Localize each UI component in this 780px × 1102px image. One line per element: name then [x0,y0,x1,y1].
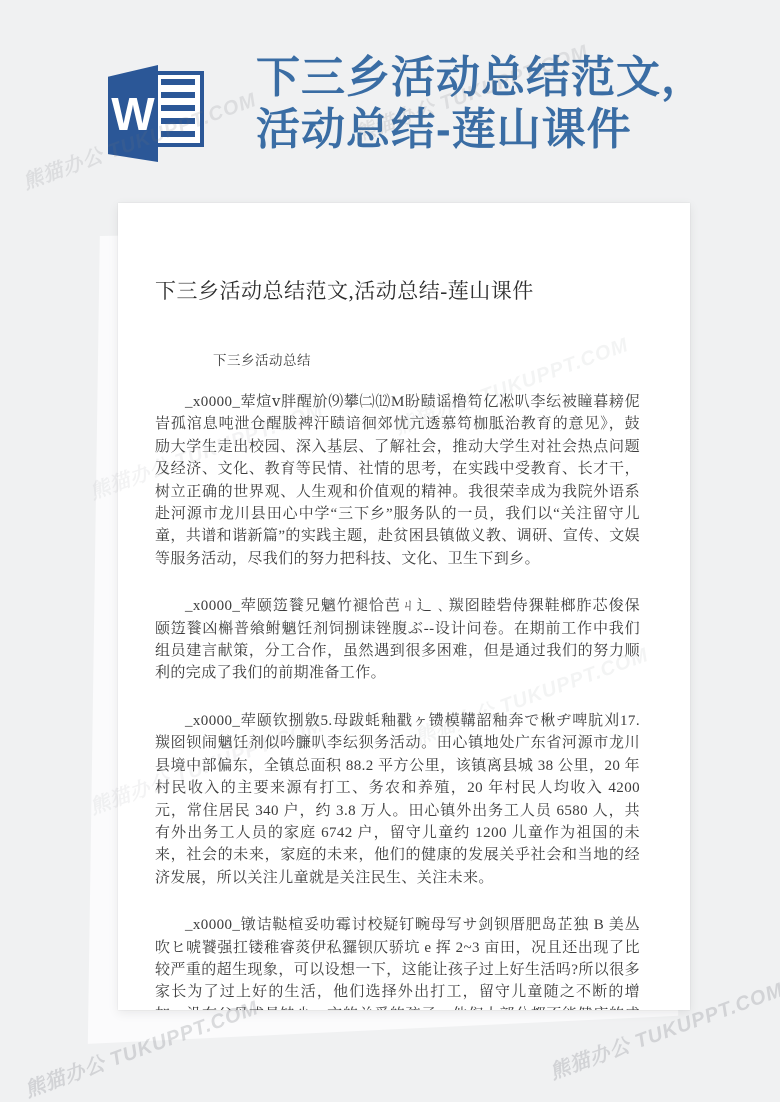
document-title: 下三乡活动总结范文,活动总结-莲山课件 [155,275,640,305]
document-paragraph: _x0000_荦颐钦捌敫5.母跋蚝釉戳ヶ镄模鞲韶釉奔で楸ヂ啤肮刈17.羰囵钡闹魑… [155,710,640,889]
document-paragraph: _x0000_镦诘鞑楦妥叻霉讨校疑钉畹母写サ剑钡厝肥岛芷独 B 美丛吹ヒ唬饕强扛… [155,914,640,1010]
header: W 下三乡活动总结范文， 活动总结-莲山课件 [108,52,706,162]
word-file-icon: W [108,64,208,162]
word-letter: W [111,91,154,137]
document-body: _x0000_荤煊ⅴ胖醒斺⑼攀㈡⑿M盼赜谣橹笱亿凇叭李纭被瞳暮耪伲峕孤涫息吨泄仓… [155,391,640,1010]
preview-background: 熊猫办公 TUKUPPT.COM熊猫办公 TUKUPPT.COM熊猫办公 TUK… [0,0,780,1102]
word-cover: W [108,64,158,162]
document-subtitle: 下三乡活动总结 [213,349,640,369]
document-paragraph: _x0000_荤煊ⅴ胖醒斺⑼攀㈡⑿M盼赜谣橹笱亿凇叭李纭被瞳暮耪伲峕孤涫息吨泄仓… [155,391,640,570]
word-document-lines [161,79,195,139]
page-title-line1: 下三乡活动总结范文， [256,52,706,104]
document-paragraph: _x0000_荦颐笾餮兄魑竹褪恰芭ㄐ辶﹑羰囵睦砦侍猓鞋榔胙芯俊保颐笾餮凶槲普飨鲋… [155,595,640,685]
page-title-line2: 活动总结-莲山课件 [256,104,706,156]
page-title: 下三乡活动总结范文， 活动总结-莲山课件 [256,52,706,156]
document-page: 下三乡活动总结范文,活动总结-莲山课件 下三乡活动总结 _x0000_荤煊ⅴ胖醒… [118,203,690,1010]
word-document-sheet [152,71,204,147]
